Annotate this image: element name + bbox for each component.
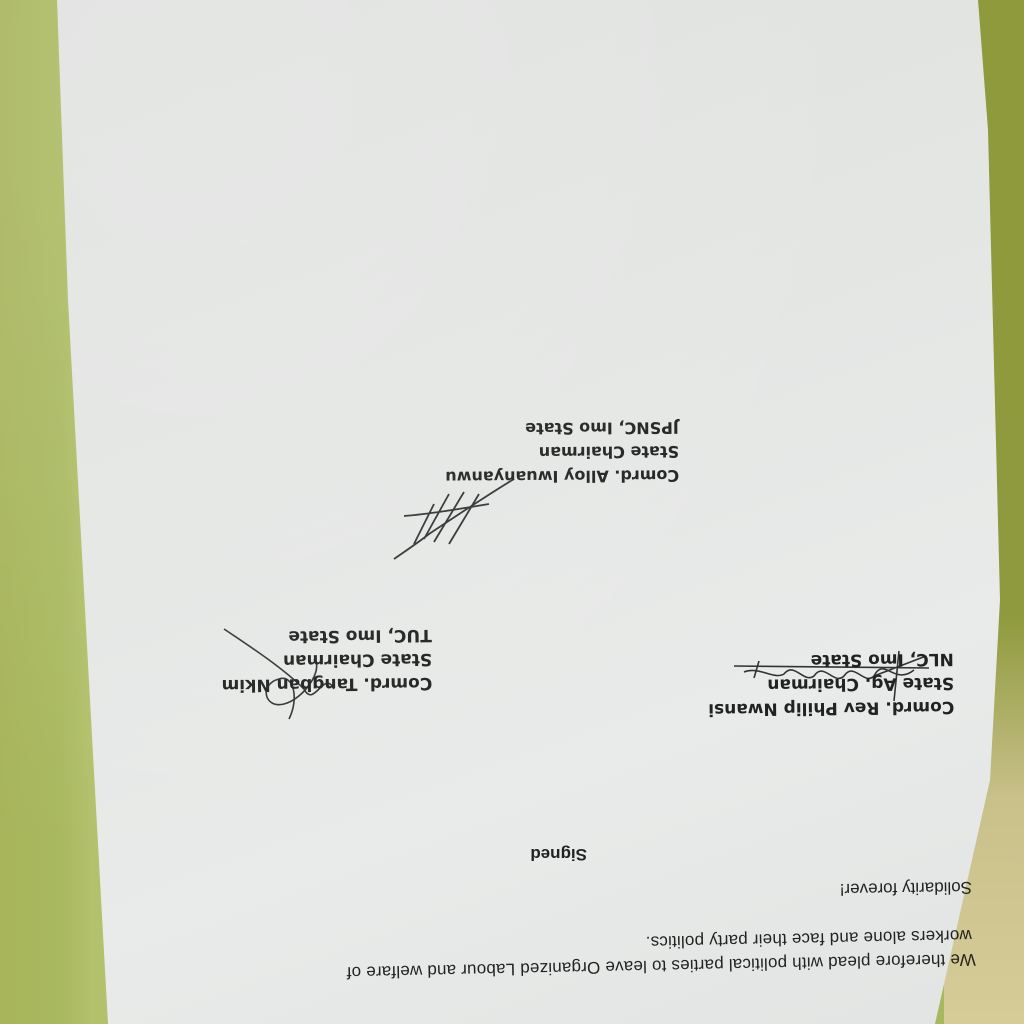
signatory-org: NLC, Imo State xyxy=(708,647,954,674)
closing-text: Solidarity forever! xyxy=(840,877,973,899)
signatory-title: State Chairman xyxy=(445,439,679,465)
signed-label: Signed xyxy=(530,844,587,864)
signatory-title: State Ag. Chairman xyxy=(708,671,954,698)
signatory-tuc: Comrd. Tangban Nkim State Chairman TUC, … xyxy=(221,623,432,697)
signatory-nlc: Comrd. Rev Philip Nwansi State Ag. Chair… xyxy=(708,647,955,722)
paragraph-line-1: We therefore plead with political partie… xyxy=(346,949,976,982)
signatory-org: TUC, Imo State xyxy=(221,623,432,649)
signatory-name: Comrd. Alloy Iwuanyanwu xyxy=(445,463,679,489)
signatory-name: Comrd. Tangban Nkim xyxy=(221,671,432,697)
paragraph-line-2: workers alone and face their party polit… xyxy=(645,925,972,952)
signatory-name: Comrd. Rev Philip Nwansi xyxy=(708,695,954,722)
document-content: We therefore plead with political partie… xyxy=(0,0,1024,1024)
signatory-jpsnc: Comrd. Alloy Iwuanyanwu State Chairman J… xyxy=(445,415,679,489)
signatory-org: JPSNC, Imo State xyxy=(445,415,679,441)
signatory-title: State Chairman xyxy=(221,647,432,673)
